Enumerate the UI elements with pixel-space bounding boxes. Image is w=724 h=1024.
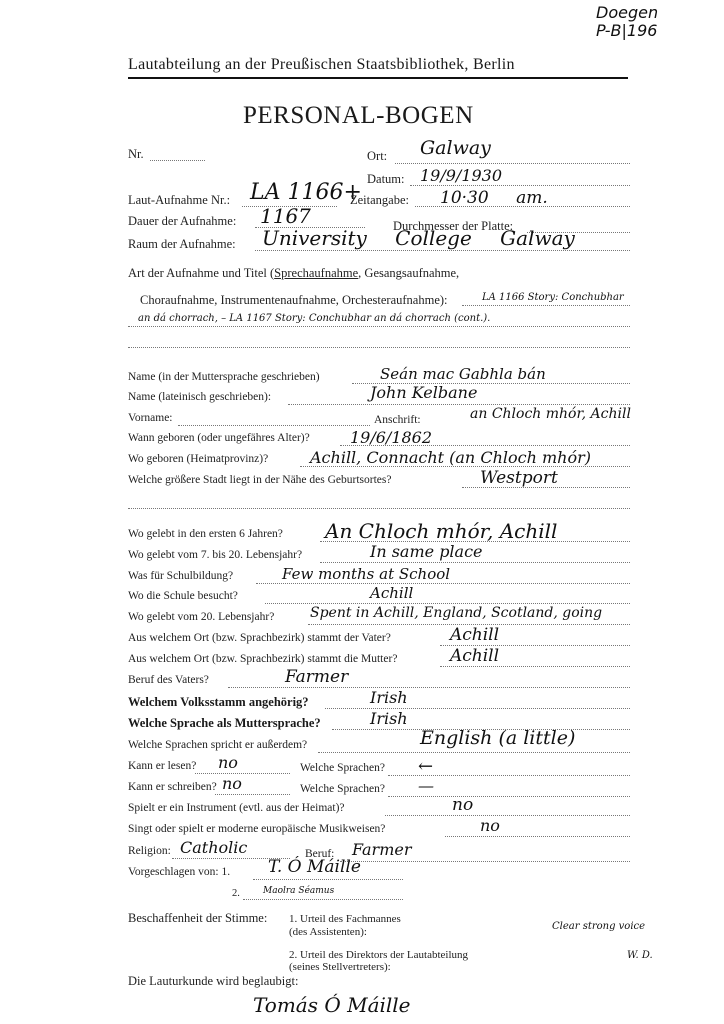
urteil1-value: Clear strong voice [552, 921, 645, 932]
volk-value: Irish [370, 688, 408, 707]
religion-label: Religion: [128, 845, 171, 857]
schreiben-sprachen-value: — [418, 776, 434, 795]
nr-field[interactable] [150, 160, 205, 161]
raum-label: Raum der Aufnahme: [128, 237, 236, 252]
schul-label: Was für Schulbildung? [128, 570, 233, 582]
musik-label: Singt oder spielt er moderne europäische… [128, 823, 385, 835]
dauer-label: Dauer der Aufnahme: [128, 214, 236, 229]
laut-nr-value: LA 1166+ [250, 180, 362, 205]
name-latein-field[interactable] [288, 404, 630, 405]
zeit-label: Zeitangabe: [350, 193, 409, 208]
urteil2-value: W. D. [627, 950, 653, 961]
vorname-label: Vorname: [128, 412, 173, 424]
schule-wo-value: Achill [370, 584, 413, 602]
mutter-ort-value: Achill [450, 646, 499, 666]
art-value-1: LA 1166 Story: Conchubhar [482, 292, 624, 303]
art-value-2: an dá chorrach, – LA 1167 Story: Conchub… [138, 313, 490, 324]
blank-line [128, 508, 630, 509]
vorgeschlagen-2-label: 2. [232, 888, 240, 899]
ort-value: Galway [420, 137, 491, 159]
datum-field[interactable] [410, 185, 630, 186]
beruf-vater-label: Beruf des Vaters? [128, 674, 209, 686]
name-mutter-label: Name (in der Muttersprache geschrieben) [128, 371, 320, 383]
geburtsort-label: Wo geboren (Heimatprovinz)? [128, 453, 268, 465]
geburtsort-value: Achill, Connacht (an Chloch mhór) [310, 448, 591, 467]
laut-nr-label: Laut-Aufnahme Nr.: [128, 193, 230, 208]
schreiben-label: Kann er schreiben? [128, 781, 217, 793]
dauer-value: 1167 [260, 204, 311, 228]
bis20-field[interactable] [320, 562, 630, 563]
urteil1-label-a: 1. Urteil des Fachmannes [289, 913, 401, 925]
bis20-value: In same place [370, 542, 483, 561]
lesen-value: no [218, 753, 238, 772]
schreiben-field[interactable] [215, 794, 290, 795]
instrument-label: Spielt er ein Instrument (evtl. aus der … [128, 802, 345, 814]
beruf-vater-value: Farmer [285, 667, 348, 687]
vorgeschlagen-2-value: Maolra Séamus [263, 886, 334, 896]
beruf-field[interactable] [340, 861, 630, 862]
schule-wo-field[interactable] [265, 603, 630, 604]
art-label-part1: Art der Aufnahme und Titel ( [128, 266, 274, 280]
vorgeschlagen-1-field[interactable] [253, 879, 403, 880]
mutterspr-label: Welche Sprache als Muttersprache? [128, 716, 321, 731]
vater-ort-value: Achill [450, 625, 499, 645]
musik-field[interactable] [445, 836, 630, 837]
schule-wo-label: Wo die Schule besucht? [128, 590, 238, 602]
lesen-label: Kann er lesen? [128, 760, 196, 772]
institution-header: Lautabteilung an der Preußischen Staatsb… [128, 56, 515, 74]
zeit-value: 10·30 am. [440, 188, 548, 208]
urteil2-label-a: 2. Urteil des Direktors der Lautabteilun… [289, 949, 468, 961]
datum-value: 19/9/1930 [420, 166, 502, 185]
schreiben-sprachen-label: Welche Sprachen? [300, 783, 385, 795]
vorgeschlagen-1-value: T. Ó Máille [268, 857, 361, 877]
urteil1-label-b: (des Assistenten): [289, 926, 367, 938]
name-latein-label: Name (lateinisch geschrieben): [128, 391, 271, 403]
name-mutter-value: Seán mac Gabhla bán [380, 365, 546, 383]
art-field-1[interactable] [462, 305, 630, 306]
lesen-field[interactable] [195, 773, 290, 774]
vorgeschlagen-2-field[interactable] [243, 899, 403, 900]
musik-value: no [480, 816, 500, 835]
beruf-vater-field[interactable] [228, 687, 630, 688]
mutterspr-value: Irish [370, 709, 408, 728]
archive-stamp-line2: P-B|196 [596, 22, 658, 40]
religion-value: Catholic [180, 838, 247, 857]
signature: Tomás Ó Máille [253, 993, 411, 1017]
schreiben-sprachen-field[interactable] [388, 796, 630, 797]
mutter-ort-label: Aus welchem Ort (bzw. Sprachbezirk) stam… [128, 653, 397, 665]
erste6-value: An Chloch mhór, Achill [325, 519, 557, 543]
mutter-ort-field[interactable] [440, 666, 630, 667]
ab20-value: Spent in Achill, England, Scotland, goin… [310, 605, 602, 621]
header-rule [128, 77, 628, 79]
lesen-sprachen-label: Welche Sprachen? [300, 762, 385, 774]
art-label: Art der Aufnahme und Titel (Sprechaufnah… [128, 266, 459, 281]
form-title: PERSONAL-BOGEN [243, 102, 474, 130]
sprachen-value: English (a little) [420, 727, 575, 749]
vorgeschlagen-label: Vorgeschlagen von: 1. [128, 866, 230, 878]
datum-label: Datum: [367, 172, 405, 187]
archive-stamp: Doegen P-B|196 [596, 4, 658, 40]
nr-label: Nr. [128, 147, 144, 162]
urteil2-label-b: (seines Stellvertreters): [289, 961, 391, 973]
stadt-value: Westport [480, 468, 558, 488]
art-label-sprech: Sprechaufnahme [274, 266, 358, 280]
stadt-label: Welche größere Stadt liegt in der Nähe d… [128, 474, 391, 486]
sprachen-field[interactable] [318, 752, 630, 753]
anschrift-value: an Chloch mhór, Achill [470, 406, 631, 422]
geboren-label: Wann geboren (oder ungefähres Alter)? [128, 432, 310, 444]
geboren-value: 19/6/1862 [350, 428, 432, 447]
archive-stamp-line1: Doegen [596, 4, 658, 22]
raum-field[interactable] [255, 250, 630, 251]
art-field-3[interactable] [128, 347, 630, 348]
instrument-field[interactable] [385, 815, 630, 816]
art-label-line2: Choraufnahme, Instrumentenaufnahme, Orch… [140, 293, 448, 308]
vorname-field[interactable] [178, 425, 370, 426]
anschrift-label: Anschrift: [374, 414, 421, 426]
erste6-label: Wo gelebt in den ersten 6 Jahren? [128, 528, 283, 540]
schreiben-value: no [222, 774, 242, 793]
schul-field[interactable] [256, 583, 630, 584]
lesen-sprachen-value: ← [418, 756, 433, 777]
art-field-2[interactable] [128, 326, 630, 327]
volk-label: Welchem Volksstamm angehörig? [128, 695, 309, 710]
ort-field[interactable] [395, 163, 630, 164]
ort-label: Ort: [367, 149, 387, 164]
instrument-value: no [452, 795, 473, 815]
sprachen-label: Welche Sprachen spricht er außerdem? [128, 739, 307, 751]
raum-value: University College Galway [262, 226, 575, 250]
schul-value: Few months at School [282, 565, 450, 583]
name-latein-value: John Kelbane [370, 383, 477, 402]
bis20-label: Wo gelebt vom 7. bis 20. Lebensjahr? [128, 549, 302, 561]
art-label-part2: , Gesangsaufnahme, [358, 266, 459, 280]
stimme-label: Beschaffenheit der Stimme: [128, 911, 267, 926]
certification-label: Die Lauturkunde wird beglaubigt: [128, 974, 298, 989]
vater-ort-label: Aus welchem Ort (bzw. Sprachbezirk) stam… [128, 632, 391, 644]
ab20-label: Wo gelebt vom 20. Lebensjahr? [128, 611, 274, 623]
